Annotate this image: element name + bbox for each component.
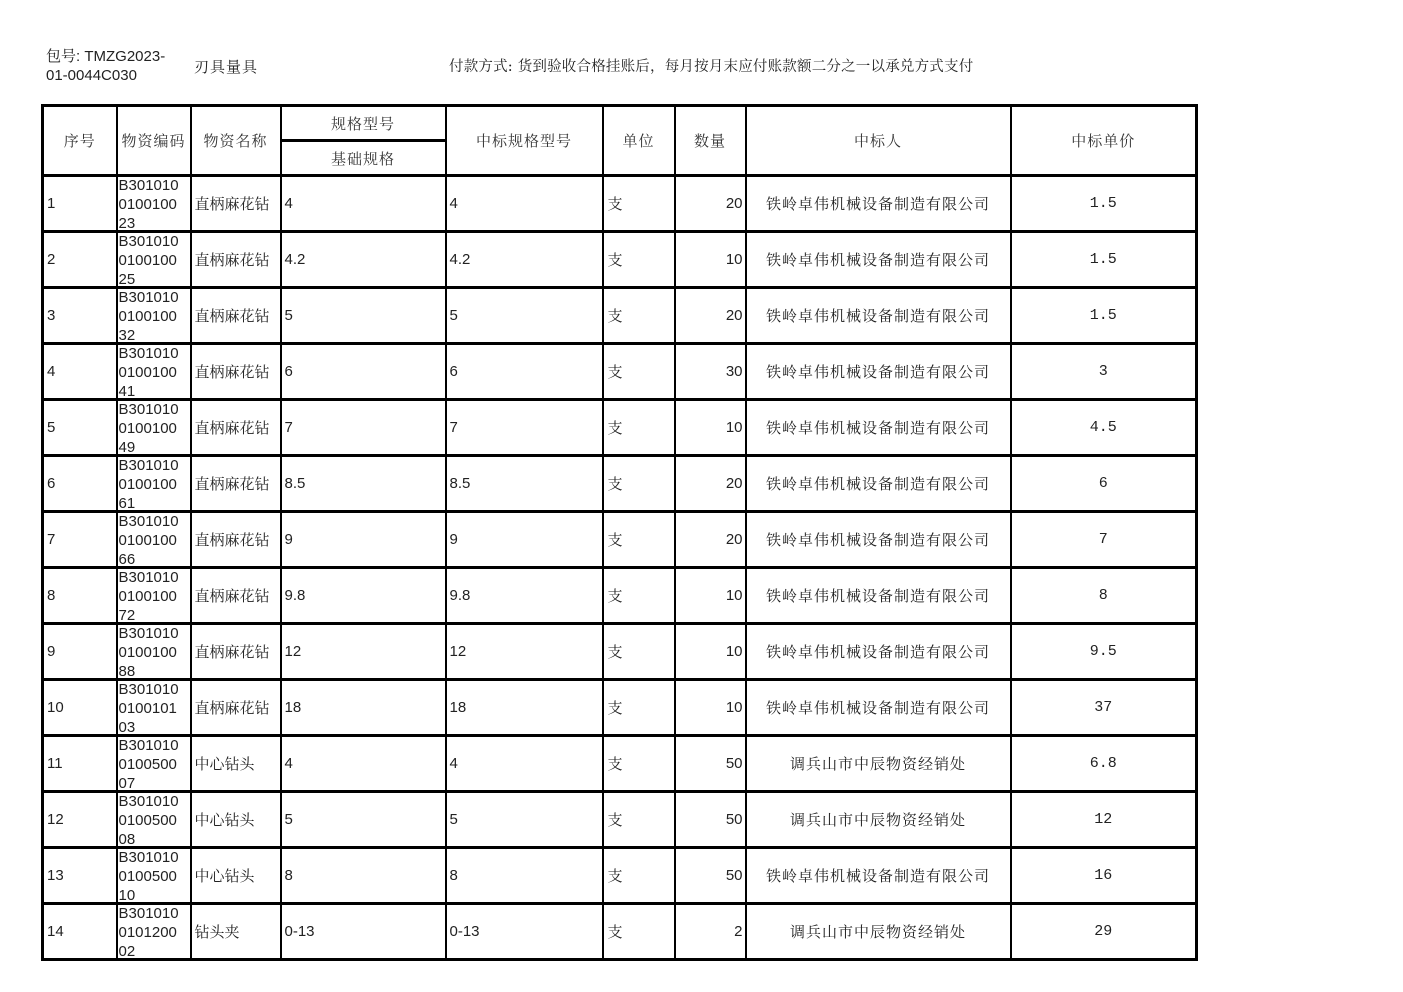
cell-material-name: 中心钻头 bbox=[191, 792, 281, 848]
table-row: 7B301010010010066直柄麻花钻99支20铁岭卓伟机械设备制造有限公… bbox=[43, 512, 1197, 568]
cell-bidder: 铁岭卓伟机械设备制造有限公司 bbox=[746, 176, 1011, 232]
cell-unit: 支 bbox=[603, 624, 675, 680]
cell-base-spec: 18 bbox=[281, 680, 446, 736]
table-row: 4B301010010010041直柄麻花钻66支30铁岭卓伟机械设备制造有限公… bbox=[43, 344, 1197, 400]
cell-index: 12 bbox=[43, 792, 117, 848]
cell-material-name: 钻头夹 bbox=[191, 904, 281, 960]
cell-material-name: 直柄麻花钻 bbox=[191, 512, 281, 568]
cell-bidder: 铁岭卓伟机械设备制造有限公司 bbox=[746, 680, 1011, 736]
category-title: 刃具量具 bbox=[194, 58, 258, 77]
cell-material-name: 直柄麻花钻 bbox=[191, 568, 281, 624]
cell-index: 4 bbox=[43, 344, 117, 400]
cell-quantity: 20 bbox=[675, 456, 746, 512]
table-row: 9B301010010010088直柄麻花钻1212支10铁岭卓伟机械设备制造有… bbox=[43, 624, 1197, 680]
cell-base-spec: 8 bbox=[281, 848, 446, 904]
cell-index: 7 bbox=[43, 512, 117, 568]
header-quantity: 数量 bbox=[675, 106, 746, 176]
material-code-text: B301010010050007 bbox=[118, 736, 190, 789]
cell-bid-spec: 4 bbox=[446, 736, 603, 792]
cell-quantity: 20 bbox=[675, 288, 746, 344]
cell-material-code: B301010010010025 bbox=[117, 232, 191, 288]
cell-quantity: 50 bbox=[675, 792, 746, 848]
cell-quantity: 50 bbox=[675, 848, 746, 904]
cell-bidder: 铁岭卓伟机械设备制造有限公司 bbox=[746, 232, 1011, 288]
cell-quantity: 50 bbox=[675, 736, 746, 792]
cell-unit-price: 4.5 bbox=[1011, 400, 1197, 456]
cell-material-name: 直柄麻花钻 bbox=[191, 288, 281, 344]
cell-unit: 支 bbox=[603, 848, 675, 904]
header-base-spec: 基础规格 bbox=[281, 141, 446, 176]
cell-material-code: B301010010010066 bbox=[117, 512, 191, 568]
table-row: 2B301010010010025直柄麻花钻4.24.2支10铁岭卓伟机械设备制… bbox=[43, 232, 1197, 288]
cell-bidder: 铁岭卓伟机械设备制造有限公司 bbox=[746, 848, 1011, 904]
cell-unit: 支 bbox=[603, 400, 675, 456]
cell-index: 6 bbox=[43, 456, 117, 512]
cell-material-name: 中心钻头 bbox=[191, 736, 281, 792]
header-material-name: 物资名称 bbox=[191, 106, 281, 176]
cell-index: 11 bbox=[43, 736, 117, 792]
cell-quantity: 20 bbox=[675, 512, 746, 568]
bid-results-table: 序号 物资编码 物资名称 规格型号 中标规格型号 单位 数量 中标人 中标单价 … bbox=[41, 104, 1198, 961]
header-index: 序号 bbox=[43, 106, 117, 176]
table-row: 1B301010010010023直柄麻花钻44支20铁岭卓伟机械设备制造有限公… bbox=[43, 176, 1197, 232]
cell-base-spec: 0-13 bbox=[281, 904, 446, 960]
cell-material-name: 直柄麻花钻 bbox=[191, 176, 281, 232]
cell-material-code: B301010010010072 bbox=[117, 568, 191, 624]
cell-unit: 支 bbox=[603, 792, 675, 848]
cell-bid-spec: 8 bbox=[446, 848, 603, 904]
table-row: 8B301010010010072直柄麻花钻9.89.8支10铁岭卓伟机械设备制… bbox=[43, 568, 1197, 624]
cell-unit-price: 1.5 bbox=[1011, 176, 1197, 232]
cell-material-name: 直柄麻花钻 bbox=[191, 400, 281, 456]
cell-quantity: 30 bbox=[675, 344, 746, 400]
table-row: 13B301010010050010中心钻头88支50铁岭卓伟机械设备制造有限公… bbox=[43, 848, 1197, 904]
cell-bidder: 调兵山市中辰物资经销处 bbox=[746, 792, 1011, 848]
cell-quantity: 2 bbox=[675, 904, 746, 960]
cell-base-spec: 7 bbox=[281, 400, 446, 456]
material-code-text: B301010010010072 bbox=[118, 568, 190, 621]
cell-bidder: 铁岭卓伟机械设备制造有限公司 bbox=[746, 568, 1011, 624]
cell-material-code: B301010010010103 bbox=[117, 680, 191, 736]
cell-bidder: 铁岭卓伟机械设备制造有限公司 bbox=[746, 400, 1011, 456]
material-code-text: B301010010010103 bbox=[118, 680, 190, 733]
cell-bid-spec: 18 bbox=[446, 680, 603, 736]
cell-unit: 支 bbox=[603, 680, 675, 736]
cell-bidder: 铁岭卓伟机械设备制造有限公司 bbox=[746, 456, 1011, 512]
table-row: 11B301010010050007中心钻头44支50调兵山市中辰物资经销处6.… bbox=[43, 736, 1197, 792]
cell-unit: 支 bbox=[603, 904, 675, 960]
cell-quantity: 10 bbox=[675, 680, 746, 736]
cell-index: 5 bbox=[43, 400, 117, 456]
cell-quantity: 10 bbox=[675, 400, 746, 456]
package-number-label: 包号: bbox=[46, 48, 80, 65]
material-code-text: B301010010120002 bbox=[118, 904, 190, 957]
cell-base-spec: 5 bbox=[281, 792, 446, 848]
table-body: 1B301010010010023直柄麻花钻44支20铁岭卓伟机械设备制造有限公… bbox=[43, 176, 1197, 960]
cell-unit: 支 bbox=[603, 512, 675, 568]
cell-material-code: B301010010010032 bbox=[117, 288, 191, 344]
cell-bid-spec: 12 bbox=[446, 624, 603, 680]
cell-unit: 支 bbox=[603, 456, 675, 512]
cell-bid-spec: 7 bbox=[446, 400, 603, 456]
cell-quantity: 20 bbox=[675, 176, 746, 232]
material-code-text: B301010010050008 bbox=[118, 792, 190, 845]
cell-unit: 支 bbox=[603, 344, 675, 400]
material-code-text: B301010010010025 bbox=[118, 232, 190, 285]
header-unit-price: 中标单价 bbox=[1011, 106, 1197, 176]
cell-material-code: B301010010050008 bbox=[117, 792, 191, 848]
cell-bid-spec: 0-13 bbox=[446, 904, 603, 960]
cell-material-code: B301010010010061 bbox=[117, 456, 191, 512]
cell-unit-price: 16 bbox=[1011, 848, 1197, 904]
cell-index: 8 bbox=[43, 568, 117, 624]
cell-index: 1 bbox=[43, 176, 117, 232]
header-material-code: 物资编码 bbox=[117, 106, 191, 176]
cell-material-code: B301010010050010 bbox=[117, 848, 191, 904]
cell-base-spec: 9 bbox=[281, 512, 446, 568]
cell-unit-price: 12 bbox=[1011, 792, 1197, 848]
cell-material-code: B301010010010023 bbox=[117, 176, 191, 232]
table-row: 5B301010010010049直柄麻花钻77支10铁岭卓伟机械设备制造有限公… bbox=[43, 400, 1197, 456]
table-row: 14B301010010120002钻头夹0-130-13支2调兵山市中辰物资经… bbox=[43, 904, 1197, 960]
header-bidder: 中标人 bbox=[746, 106, 1011, 176]
cell-base-spec: 9.8 bbox=[281, 568, 446, 624]
cell-material-name: 直柄麻花钻 bbox=[191, 680, 281, 736]
material-code-text: B301010010010032 bbox=[118, 288, 190, 341]
cell-bid-spec: 5 bbox=[446, 288, 603, 344]
cell-material-name: 直柄麻花钻 bbox=[191, 344, 281, 400]
header-bid-spec: 中标规格型号 bbox=[446, 106, 603, 176]
cell-base-spec: 6 bbox=[281, 344, 446, 400]
cell-bidder: 铁岭卓伟机械设备制造有限公司 bbox=[746, 512, 1011, 568]
cell-material-code: B301010010010049 bbox=[117, 400, 191, 456]
package-number: 包号: TMZG2023-01-0044C030 bbox=[46, 47, 182, 85]
cell-unit: 支 bbox=[603, 736, 675, 792]
cell-material-name: 直柄麻花钻 bbox=[191, 456, 281, 512]
cell-bid-spec: 4.2 bbox=[446, 232, 603, 288]
cell-unit-price: 9.5 bbox=[1011, 624, 1197, 680]
cell-bidder: 铁岭卓伟机械设备制造有限公司 bbox=[746, 288, 1011, 344]
cell-bid-spec: 9.8 bbox=[446, 568, 603, 624]
cell-bid-spec: 6 bbox=[446, 344, 603, 400]
header-unit: 单位 bbox=[603, 106, 675, 176]
cell-base-spec: 4 bbox=[281, 176, 446, 232]
cell-unit-price: 8 bbox=[1011, 568, 1197, 624]
cell-index: 2 bbox=[43, 232, 117, 288]
cell-unit-price: 6.8 bbox=[1011, 736, 1197, 792]
payment-terms: 付款方式: 货到验收合格挂账后，每月按月末应付账款额二分之一以承兑方式支付 bbox=[449, 58, 973, 77]
cell-bid-spec: 9 bbox=[446, 512, 603, 568]
cell-material-code: B301010010010041 bbox=[117, 344, 191, 400]
cell-unit: 支 bbox=[603, 288, 675, 344]
cell-index: 14 bbox=[43, 904, 117, 960]
cell-quantity: 10 bbox=[675, 624, 746, 680]
cell-unit: 支 bbox=[603, 176, 675, 232]
cell-bid-spec: 5 bbox=[446, 792, 603, 848]
table-row: 6B301010010010061直柄麻花钻8.58.5支20铁岭卓伟机械设备制… bbox=[43, 456, 1197, 512]
cell-bidder: 铁岭卓伟机械设备制造有限公司 bbox=[746, 624, 1011, 680]
material-code-text: B301010010010066 bbox=[118, 512, 190, 565]
cell-unit-price: 29 bbox=[1011, 904, 1197, 960]
table-row: 3B301010010010032直柄麻花钻55支20铁岭卓伟机械设备制造有限公… bbox=[43, 288, 1197, 344]
cell-unit-price: 3 bbox=[1011, 344, 1197, 400]
table-row: 10B301010010010103直柄麻花钻1818支10铁岭卓伟机械设备制造… bbox=[43, 680, 1197, 736]
table-row: 12B301010010050008中心钻头55支50调兵山市中辰物资经销处12 bbox=[43, 792, 1197, 848]
material-code-text: B301010010010061 bbox=[118, 456, 190, 509]
cell-base-spec: 12 bbox=[281, 624, 446, 680]
cell-bidder: 调兵山市中辰物资经销处 bbox=[746, 904, 1011, 960]
cell-material-code: B301010010120002 bbox=[117, 904, 191, 960]
cell-index: 13 bbox=[43, 848, 117, 904]
material-code-text: B301010010010023 bbox=[118, 176, 190, 229]
cell-unit-price: 37 bbox=[1011, 680, 1197, 736]
cell-base-spec: 4.2 bbox=[281, 232, 446, 288]
cell-bid-spec: 8.5 bbox=[446, 456, 603, 512]
cell-unit-price: 1.5 bbox=[1011, 288, 1197, 344]
material-code-text: B301010010010049 bbox=[118, 400, 190, 453]
cell-material-name: 直柄麻花钻 bbox=[191, 624, 281, 680]
cell-index: 9 bbox=[43, 624, 117, 680]
header-spec-group: 规格型号 bbox=[281, 106, 446, 141]
cell-bidder: 铁岭卓伟机械设备制造有限公司 bbox=[746, 344, 1011, 400]
cell-material-name: 直柄麻花钻 bbox=[191, 232, 281, 288]
material-code-text: B301010010010088 bbox=[118, 624, 190, 677]
cell-index: 10 bbox=[43, 680, 117, 736]
cell-unit-price: 1.5 bbox=[1011, 232, 1197, 288]
material-code-text: B301010010010041 bbox=[118, 344, 190, 397]
cell-bidder: 调兵山市中辰物资经销处 bbox=[746, 736, 1011, 792]
cell-index: 3 bbox=[43, 288, 117, 344]
cell-material-code: B301010010050007 bbox=[117, 736, 191, 792]
cell-unit-price: 7 bbox=[1011, 512, 1197, 568]
cell-quantity: 10 bbox=[675, 568, 746, 624]
table-header-row: 序号 物资编码 物资名称 规格型号 中标规格型号 单位 数量 中标人 中标单价 bbox=[43, 106, 1197, 141]
cell-base-spec: 8.5 bbox=[281, 456, 446, 512]
material-code-text: B301010010050010 bbox=[118, 848, 190, 901]
cell-unit: 支 bbox=[603, 568, 675, 624]
cell-base-spec: 5 bbox=[281, 288, 446, 344]
cell-unit: 支 bbox=[603, 232, 675, 288]
cell-material-name: 中心钻头 bbox=[191, 848, 281, 904]
cell-bid-spec: 4 bbox=[446, 176, 603, 232]
cell-quantity: 10 bbox=[675, 232, 746, 288]
cell-material-code: B301010010010088 bbox=[117, 624, 191, 680]
cell-unit-price: 6 bbox=[1011, 456, 1197, 512]
cell-base-spec: 4 bbox=[281, 736, 446, 792]
